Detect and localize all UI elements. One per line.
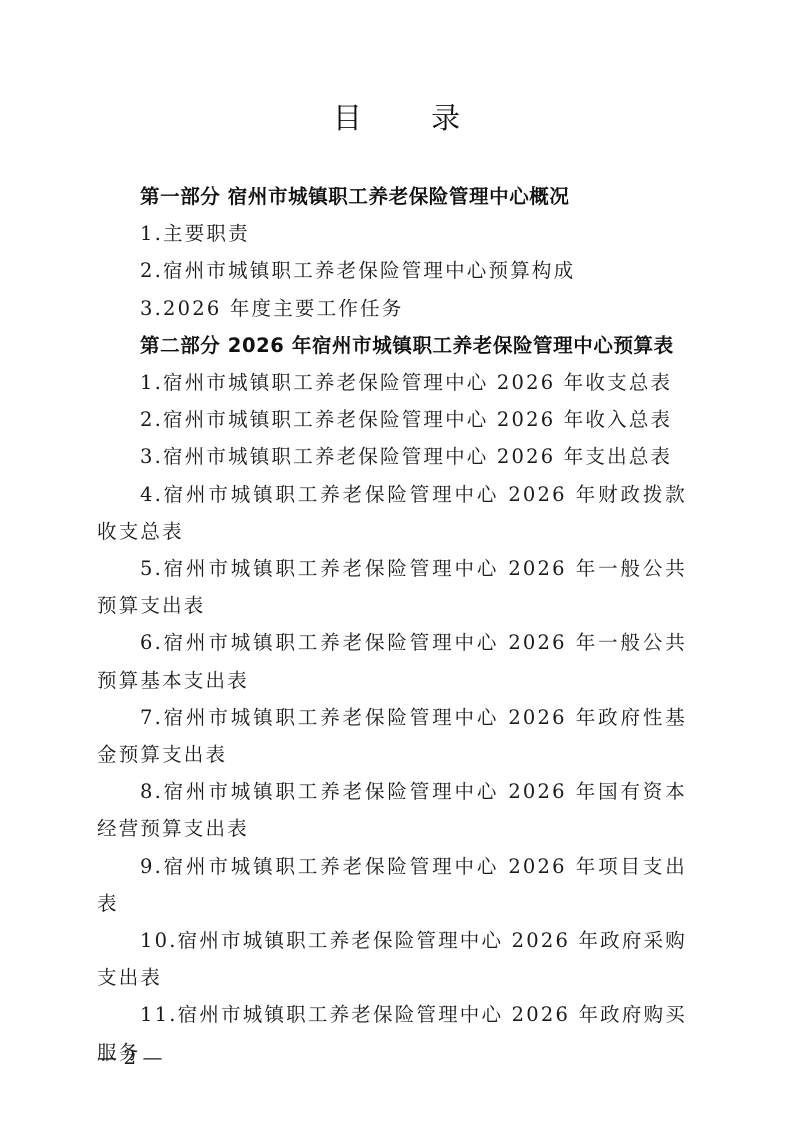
- toc-item: 3.宿州市城镇职工养老保险管理中心 2026 年支出总表: [97, 438, 687, 475]
- page-number: — 2 —: [97, 1043, 162, 1071]
- toc-item: 2.宿州市城镇职工养老保险管理中心预算构成: [97, 252, 687, 289]
- page-title: 目 录: [0, 100, 793, 136]
- toc-item: 1.宿州市城镇职工养老保险管理中心 2026 年收支总表: [97, 364, 687, 401]
- toc-item: 11.宿州市城镇职工养老保险管理中心 2026 年政府购买服务: [97, 996, 687, 1070]
- toc-item: 6.宿州市城镇职工养老保险管理中心 2026 年一般公共预算基本支出表: [97, 624, 687, 698]
- toc-item: 1.主要职责: [97, 215, 687, 252]
- document-page: 目 录 第一部分 宿州市城镇职工养老保险管理中心概况 1.主要职责 2.宿州市城…: [0, 0, 793, 1122]
- toc-item: 9.宿州市城镇职工养老保险管理中心 2026 年项目支出表: [97, 848, 687, 922]
- toc-item: 7.宿州市城镇职工养老保险管理中心 2026 年政府性基金预算支出表: [97, 699, 687, 773]
- toc-item: 5.宿州市城镇职工养老保险管理中心 2026 年一般公共预算支出表: [97, 550, 687, 624]
- table-of-contents: 第一部分 宿州市城镇职工养老保险管理中心概况 1.主要职责 2.宿州市城镇职工养…: [97, 178, 687, 1071]
- toc-item: 10.宿州市城镇职工养老保险管理中心 2026 年政府采购支出表: [97, 922, 687, 996]
- toc-item: 4.宿州市城镇职工养老保险管理中心 2026 年财政拨款收支总表: [97, 476, 687, 550]
- toc-part1-heading: 第一部分 宿州市城镇职工养老保险管理中心概况: [97, 178, 687, 215]
- toc-item: 2.宿州市城镇职工养老保险管理中心 2026 年收入总表: [97, 401, 687, 438]
- toc-item: 8.宿州市城镇职工养老保险管理中心 2026 年国有资本经营预算支出表: [97, 773, 687, 847]
- toc-item: 3.2026 年度主要工作任务: [97, 290, 687, 327]
- toc-part2-heading: 第二部分 2026 年宿州市城镇职工养老保险管理中心预算表: [97, 327, 687, 364]
